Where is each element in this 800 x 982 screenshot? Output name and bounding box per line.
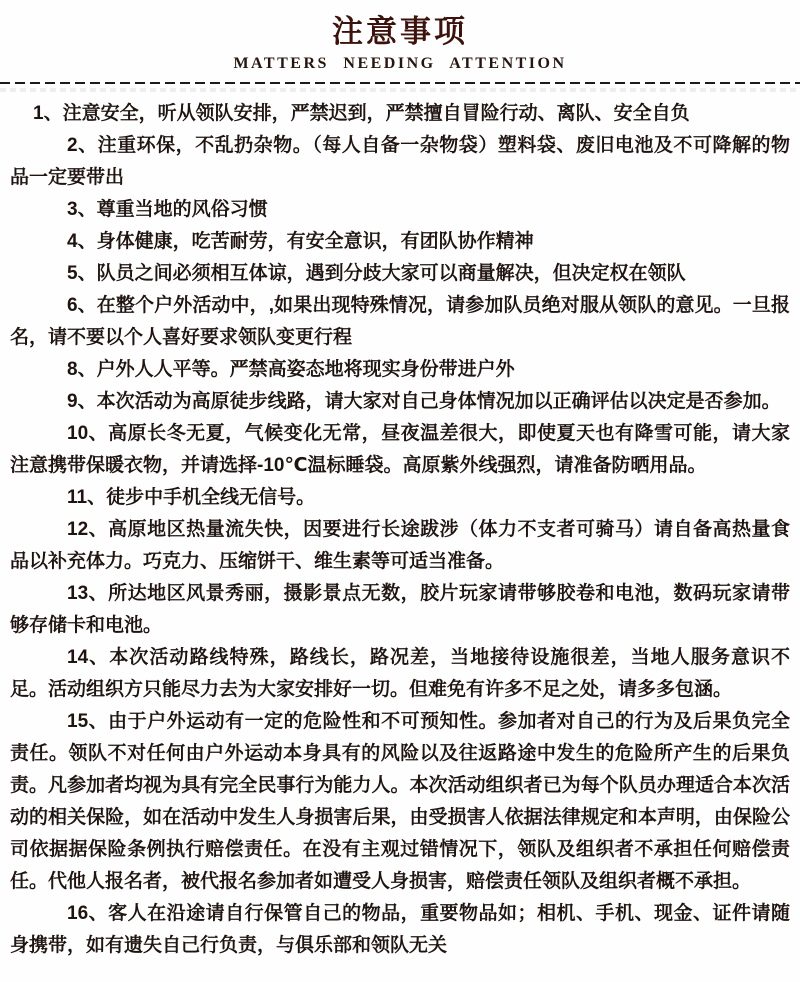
notice-list: 1、注意安全，听从领队安排，严禁迟到，严禁擅自冒险行动、离队、安全自负 2、注重… [0, 92, 800, 962]
notice-item-5: 5、队员之间必须相互体谅，遇到分歧大家可以商量解决，但决定权在领队 [10, 258, 790, 290]
notice-item-4: 4、身体健康，吃苦耐劳，有安全意识，有团队协作精神 [10, 226, 790, 258]
notice-item-14: 14、本次活动路线特殊，路线长，路况差，当地接待设施很差，当地人服务意识不足。活… [10, 642, 790, 706]
notice-item-2: 2、注重环保，不乱扔杂物。（每人自备一杂物袋）塑料袋、废旧电池及不可降解的物品一… [10, 130, 790, 194]
page-subtitle: MATTERS NEEDING ATTENTION [0, 55, 800, 73]
dashed-divider-shadow [0, 88, 800, 92]
notice-item-15: 15、由于户外运动有一定的危险性和不可预知性。参加者对自己的行为及后果负完全责任… [10, 706, 790, 898]
notice-item-12: 12、高原地区热量流失快，因要进行长途跋涉（体力不支者可骑马）请自备高热量食品以… [10, 514, 790, 578]
notice-item-8: 8、户外人人平等。严禁高姿态地将现实身份带进户外 [10, 354, 790, 386]
notice-item-11: 11、徒步中手机全线无信号。 [10, 482, 790, 514]
notice-item-3: 3、尊重当地的风俗习惯 [10, 194, 790, 226]
notice-item-16: 16、客人在沿途请自行保管自己的物品，重要物品如；相机、手机、现金、证件请随身携… [10, 898, 790, 962]
notice-item-1: 1、注意安全，听从领队安排，严禁迟到，严禁擅自冒险行动、离队、安全自负 [10, 98, 790, 130]
notice-item-9: 9、本次活动为高原徒步线路，请大家对自己身体情况加以正确评估以决定是否参加。 [10, 386, 790, 418]
document-header: 注意事项 MATTERS NEEDING ATTENTION [0, 0, 800, 73]
notice-item-6: 6、在整个户外活动中，,如果出现特殊情况，请参加队员绝对服从领队的意见。一旦报名… [10, 290, 790, 354]
page-title: 注意事项 [0, 12, 800, 52]
notice-item-10: 10、高原长冬无夏，气候变化无常，昼夜温差很大，即使夏天也有降雪可能，请大家注意… [10, 418, 790, 482]
notice-item-13: 13、所达地区风景秀丽，摄影景点无数，胶片玩家请带够胶卷和电池，数码玩家请带够存… [10, 578, 790, 642]
notice-document: 注意事项 MATTERS NEEDING ATTENTION 1、注意安全，听从… [0, 0, 800, 982]
dashed-divider [0, 82, 800, 84]
